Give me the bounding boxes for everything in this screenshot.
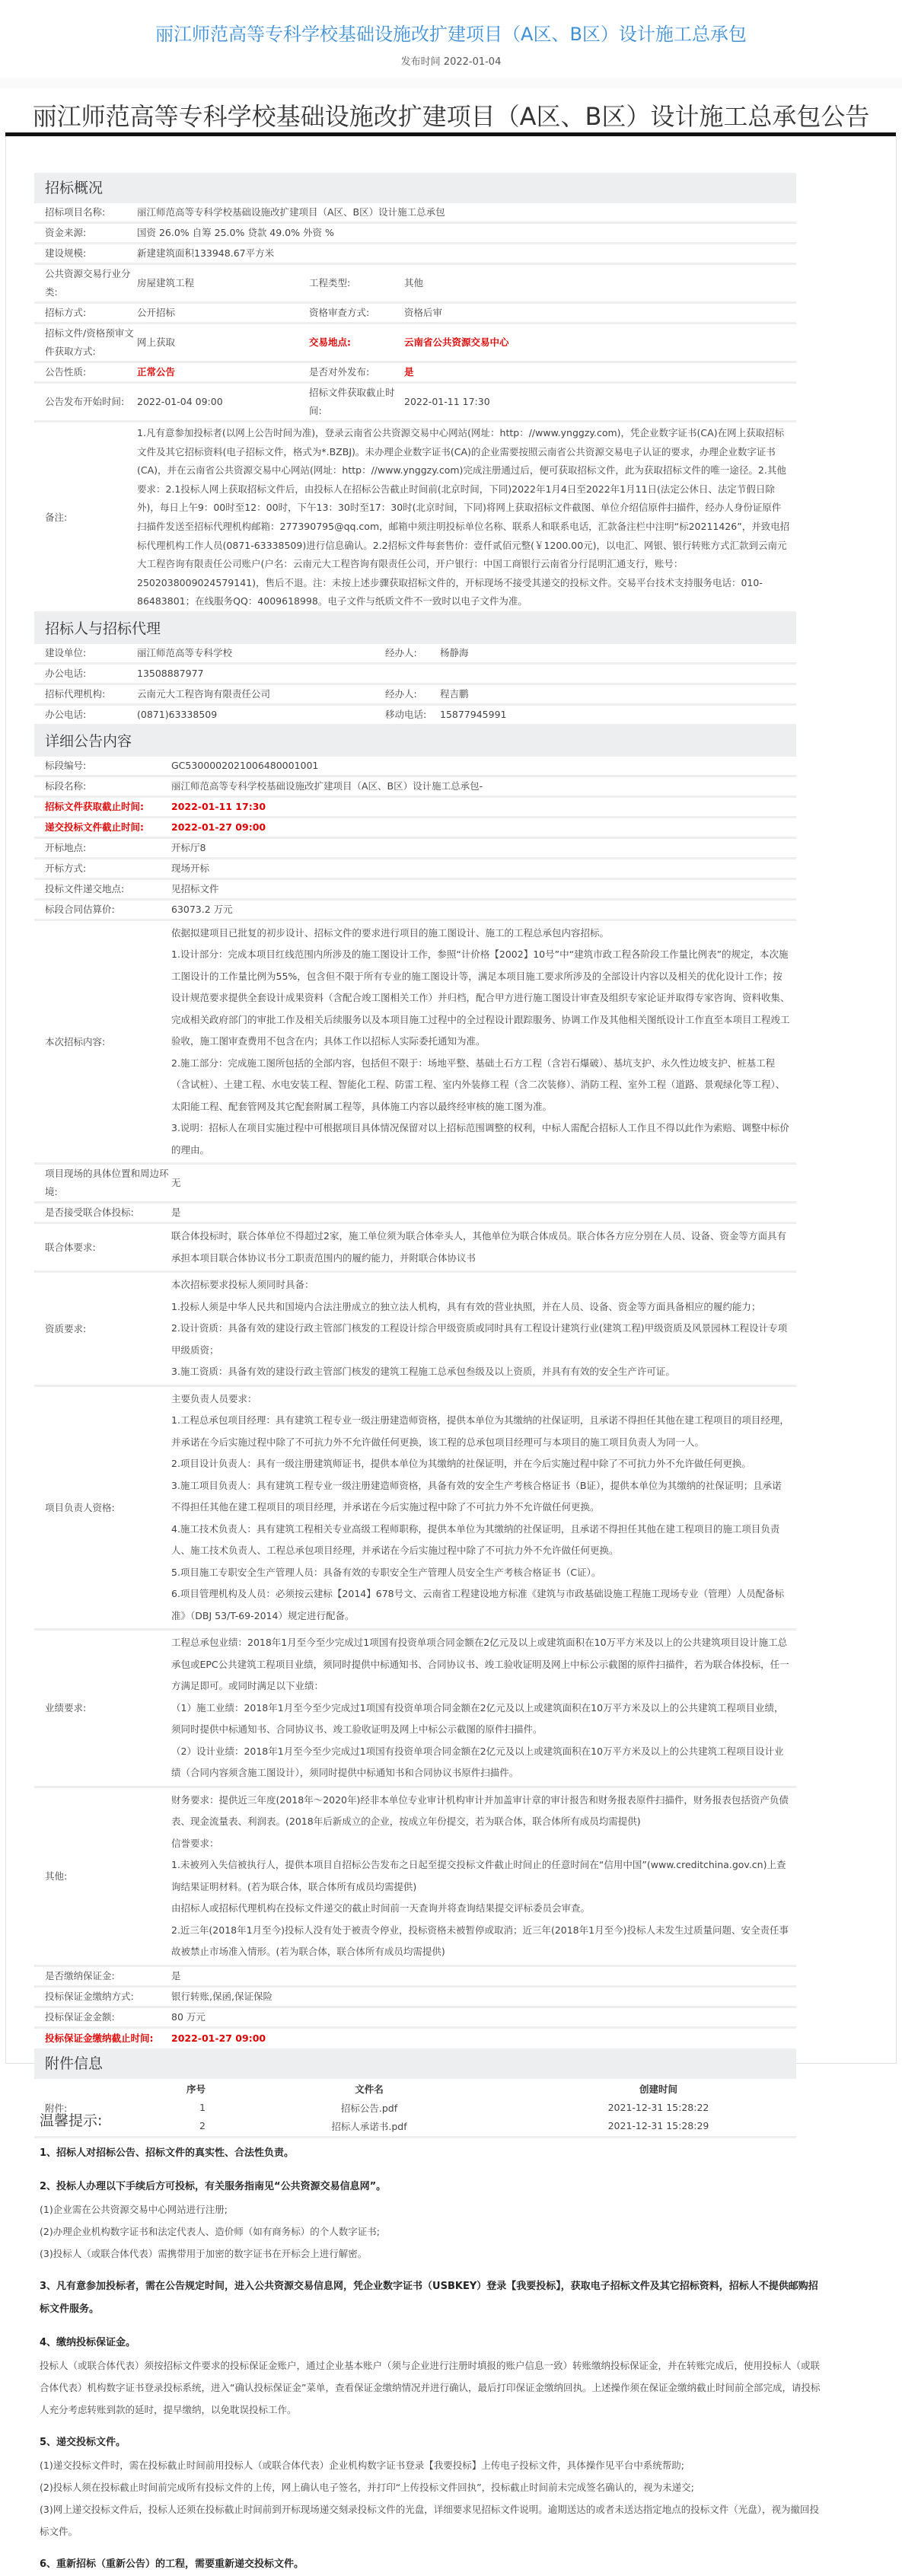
attachment-time: 2021-12-31 15:28:29 xyxy=(533,2120,784,2131)
row-qualification: 资质要求: 本次招标要求投标人须同时具备： 1.投标人须是中华人民共和国境内合法… xyxy=(34,1273,796,1387)
tip-4-body: 投标人（或联合体代表）须按招标文件要求的投标保证金账户，通过企业基本账户（须与企… xyxy=(40,2354,822,2421)
qual-para: 3.施工资质：具备有效的建设行政主管部门核发的建筑工程施工总承包叁级及以上资质，… xyxy=(171,1361,790,1383)
row-funding: 资金来源: 国资 26.0% 自筹 25.0% 贷款 49.0% 外资 % xyxy=(34,224,796,244)
other-label: 其他: xyxy=(34,1788,171,1965)
row-manager: 项目负责人资格: 主要负责人员要求： 1.工程总承包项目经理：具有建筑工程专业一… xyxy=(34,1387,796,1631)
doc-deadline-label: 招标文件获取截止时间: xyxy=(34,798,171,816)
owner-phone-value: 13508887977 xyxy=(137,665,796,683)
opening-place-value: 开标厅8 xyxy=(171,839,796,857)
attachments-divider xyxy=(34,2135,796,2138)
doc-obtain-value: 网上获取 xyxy=(137,333,309,352)
tip-5-item: (3)网上递交投标文件后，投标人还须在投标截止时间前到开标现场递交刻录投标文件的… xyxy=(40,2498,822,2543)
row-bid-deadline: 递交投标文件截止时间: 2022-01-27 09:00 xyxy=(34,818,796,839)
row-agency-phone: 办公电话: (0871)63338509 移动电话: 15877945991 xyxy=(34,706,796,726)
method-value: 公开招标 xyxy=(137,304,309,322)
nature-value: 正常公告 xyxy=(137,363,309,381)
content-para: 3.说明：招标人在项目实施过程中可根据项目具体情况保留对以上招标范围调整的权利，… xyxy=(171,1117,790,1161)
tips-section: 温馨提示: 1、招标人对招标公告、招标文件的真实性、合法性负责。 2、投标人办理… xyxy=(0,2064,822,2576)
row-performance: 业绩要求: 工程总承包业绩：2018年1月至今至少完成过1项国有投资单项合同金额… xyxy=(34,1631,796,1788)
tip-1: 1、招标人对招标公告、招标文件的真实性、合法性负责。 xyxy=(40,2142,822,2165)
tip-5-item: (2)投标人须在投标截止时间前完成所有投标文件的上传，网上确认电子签名，并打印“… xyxy=(40,2476,822,2498)
owner-contact-label: 经办人: xyxy=(385,644,440,662)
external-value: 是 xyxy=(404,363,796,381)
owner-contact-value: 杨静海 xyxy=(440,644,796,662)
performance-value: 工程总承包业绩：2018年1月至今至少完成过1项国有投资单项合同金额在2亿元及以… xyxy=(171,1631,796,1786)
row-deposit-required: 是否缴纳保证金: 是 xyxy=(34,1967,796,1988)
row-estimate: 标段合同估算价: 63073.2 万元 xyxy=(34,901,796,921)
funding-value: 国资 26.0% 自筹 25.0% 贷款 49.0% 外资 % xyxy=(137,224,796,242)
estimate-label: 标段合同估算价: xyxy=(34,901,171,919)
other-value: 财务要求：提供近三年度(2018年～2020年)经非本单位专业审计机构审计并加盖… xyxy=(171,1788,796,1965)
project-name-label: 招标项目名称: xyxy=(34,203,137,222)
agency-contact-value: 程吉鹏 xyxy=(440,685,796,703)
row-deposit-amount: 投标保证金金额: 80 万元 xyxy=(34,2008,796,2029)
content-value: 依据拟建项目已批复的初步设计、招标文件的要求进行项目的施工图设计、施工的工程总承… xyxy=(171,921,796,1163)
external-label: 是否对外发布: xyxy=(309,363,404,381)
remark-value: 1.凡有意参加投标者(以网上公告时间为准)，登录云南省公共资源交易中心网站(网址… xyxy=(137,422,796,611)
row-section-name: 标段名称: 丽江师范高等专科学校基础设施改扩建项目（A区、B区）设计施工总承包- xyxy=(34,777,796,798)
manager-value: 主要负责人员要求： 1.工程总承包项目经理：具有建筑工程专业一级注册建造师资格，… xyxy=(171,1387,796,1629)
manager-para: 6.项目管理机构及人员：必须按云建标【2014】678号文、云南省工程建设地方标… xyxy=(171,1583,790,1627)
agency-phone-label: 办公电话: xyxy=(34,706,137,724)
attachment-time: 2021-12-31 15:28:22 xyxy=(533,2102,784,2113)
tip-5-item: (1)递交投标文件时，需在投标截止时间前用投标人（或联合体代表）企业机构数字证书… xyxy=(40,2454,822,2476)
manager-para: 4.施工技术负责人：具有建筑工程相关专业高级工程师职称，提供本单位为其缴纳的社保… xyxy=(171,1519,790,1562)
agency-label: 招标代理机构: xyxy=(34,685,137,703)
site-value: 无 xyxy=(171,1174,796,1192)
row-nature: 公告性质: 正常公告 是否对外发布: 是 xyxy=(34,363,796,384)
consortium-req-label: 联合体要求: xyxy=(34,1224,171,1270)
agency-contact-label: 经办人: xyxy=(385,685,440,703)
other-para: 由招标人或招标代理机构在投标文件递交的截止时间前一天查询并将查询结果提交评标委员… xyxy=(171,1898,790,1920)
tip-2: 2、投标人办理以下手续后方可投标，有关服务指南见“公共资源交易信息网”。 xyxy=(40,2176,822,2198)
tip-2-item: (1)企业需在公共资源交易中心网站进行注册; xyxy=(40,2198,822,2221)
manager-para: 5.项目施工专职安全生产管理人员：具备有效的专职安全生产管理人员安全生产考核合格… xyxy=(171,1562,790,1584)
owner-label: 建设单位: xyxy=(34,644,137,662)
method-label: 招标方式: xyxy=(34,304,137,322)
row-submit-place: 投标文件递交地点: 见招标文件 xyxy=(34,880,796,901)
row-opening-method: 开标方式: 现场开标 xyxy=(34,859,796,880)
manager-para: 主要负责人员要求： xyxy=(171,1388,790,1411)
manager-para: 2.项目设计负责人：具有一级注册建筑师证书，提供本单位为其缴纳的社保证明，并在今… xyxy=(171,1453,790,1475)
row-remark: 备注: 1.凡有意参加投标者(以网上公告时间为准)，登录云南省公共资源交易中心网… xyxy=(34,422,796,614)
row-section-code: 标段编号: GC5300002021006480001001 xyxy=(34,757,796,777)
start-value: 2022-01-04 09:00 xyxy=(137,393,309,411)
doc-deadline-value: 2022-01-11 17:30 xyxy=(404,393,796,411)
site-label: 项目现场的具体位置和周边环境: xyxy=(34,1165,171,1201)
project-name-value: 丽江师范高等专科学校基础设施改扩建项目（A区、B区）设计施工总承包 xyxy=(137,203,796,222)
funding-label: 资金来源: xyxy=(34,224,137,242)
row-start: 公告发布开始时间: 2022-01-04 09:00 招标文件获取截止时间: 2… xyxy=(34,384,796,422)
opening-place-label: 开标地点: xyxy=(34,839,171,857)
industry-value: 房屋建筑工程 xyxy=(137,274,309,292)
deposit-method-value: 银行转账,保函,保证保险 xyxy=(171,1988,796,2006)
opening-method-value: 现场开标 xyxy=(171,859,796,878)
performance-label: 业绩要求: xyxy=(34,1631,171,1786)
content-para: 依据拟建项目已批复的初步设计、招标文件的要求进行项目的施工图设计、施工的工程总承… xyxy=(171,923,790,945)
col-filename: 文件名 xyxy=(206,2082,533,2096)
qual-para: 2.设计资质：具备有效的建设行政主管部门核发的工程设计综合甲级资质或同时具有工程… xyxy=(171,1318,790,1361)
agency-mobile-label: 移动电话: xyxy=(385,706,440,724)
row-site: 项目现场的具体位置和周边环境: 无 xyxy=(34,1165,796,1204)
row-other: 其他: 财务要求：提供近三年度(2018年～2020年)经非本单位专业审计机构审… xyxy=(34,1788,796,1967)
publish-label: 发布时间 xyxy=(401,56,441,68)
announcement-container: 招标概况 招标项目名称: 丽江师范高等专科学校基础设施改扩建项目（A区、B区）设… xyxy=(5,136,897,2064)
site-header: 丽江师范高等专科学校基础设施改扩建项目（A区、B区）设计施工总承包 发布时间 2… xyxy=(0,0,902,88)
manager-para: 1.工程总承包项目经理：具有建筑工程专业一级注册建造师资格，提供本单位为其缴纳的… xyxy=(171,1410,790,1453)
venue-value: 云南省公共资源交易中心 xyxy=(404,333,796,352)
col-created: 创建时间 xyxy=(533,2082,784,2096)
page-title: 丽江师范高等专科学校基础设施改扩建项目（A区、B区）设计施工总承包公告 xyxy=(0,88,902,132)
qualification-label: 资质要求: xyxy=(34,1273,171,1385)
publish-date: 发布时间 2022-01-04 xyxy=(0,53,902,69)
deposit-deadline-value: 2022-01-27 09:00 xyxy=(171,2029,796,2048)
deposit-deadline-label: 投标保证金缴纳截止时间: xyxy=(34,2029,171,2048)
other-para: 1.未被列入失信被执行人，提供本项目自招标公告发布之日起至提交投标文件截止时间止… xyxy=(171,1854,790,1898)
agency-value: 云南元大工程咨询有限责任公司 xyxy=(137,685,385,703)
tip-4: 4、缴纳投标保证金。 xyxy=(40,2332,822,2354)
scale-value: 新建建筑面积133948.67平方米 xyxy=(137,244,796,263)
attachment-row: 附件: 1 招标公告.pdf 2021-12-31 15:28:22 xyxy=(34,2099,796,2117)
attachment-file-link[interactable]: 招标人承诺书.pdf xyxy=(206,2119,533,2133)
section-code-value: GC5300002021006480001001 xyxy=(171,757,796,775)
consortium-value: 是 xyxy=(171,1204,796,1222)
perf-para: 工程总承包业绩：2018年1月至今至少完成过1项国有投资单项合同金额在2亿元及以… xyxy=(171,1632,790,1698)
bid-deadline-label: 递交投标文件截止时间: xyxy=(34,818,171,837)
row-scale: 建设规模: 新建建筑面积133948.67平方米 xyxy=(34,244,796,265)
row-doc-deadline: 招标文件获取截止时间: 2022-01-11 17:30 xyxy=(34,798,796,818)
content-label: 本次招标内容: xyxy=(34,921,171,1163)
other-para: 财务要求：提供近三年度(2018年～2020年)经非本单位专业审计机构审计并加盖… xyxy=(171,1790,790,1833)
section-attachments-heading: 附件信息 xyxy=(34,2048,796,2079)
deposit-amount-label: 投标保证金金额: xyxy=(34,2008,171,2026)
consortium-req-value: 联合体投标时，联合体单位不得超过2家，施工单位须为联合体牵头人，其他单位为联合体… xyxy=(171,1224,796,1270)
row-consortium: 是否接受联合体投标: 是 xyxy=(34,1204,796,1224)
qualification-value: 本次招标要求投标人须同时具备： 1.投标人须是中华人民共和国境内合法注册成立的独… xyxy=(171,1273,796,1385)
tip-6: 6、重新招标（重新公告）的工程，需要重新递交投标文件。 xyxy=(40,2553,822,2576)
deposit-required-label: 是否缴纳保证金: xyxy=(34,1967,171,1985)
deposit-amount-value: 80 万元 xyxy=(171,2008,796,2026)
estimate-value: 63073.2 万元 xyxy=(171,901,796,919)
industry-label: 公共资源交易行业分类: xyxy=(34,265,137,301)
attachment-no: 2 xyxy=(137,2120,206,2131)
agency-mobile-value: 15877945991 xyxy=(440,706,796,724)
row-deposit-method: 投标保证金缴纳方式: 银行转账,保函,保证保险 xyxy=(34,1988,796,2008)
owner-phone-label: 办公电话: xyxy=(34,665,137,683)
other-para: 2.近三年(2018年1月至今)投标人没有处于被责令停业，投标资格未被暂停或取消… xyxy=(171,1920,790,1963)
perf-para: （2）设计业绩：2018年1月至今至少完成过1项国有投资单项合同金额在2亿元及以… xyxy=(171,1741,790,1784)
attachments-label: 附件: xyxy=(34,2101,137,2115)
row-industry: 公共资源交易行业分类: 房屋建筑工程 工程类型: 其他 xyxy=(34,265,796,304)
qual-review-value: 资格后审 xyxy=(404,304,796,322)
consortium-label: 是否接受联合体投标: xyxy=(34,1204,171,1222)
qual-review-label: 资格审查方式: xyxy=(309,304,404,322)
attachments-header-row: 序号 文件名 创建时间 xyxy=(34,2079,796,2099)
deposit-method-label: 投标保证金缴纳方式: xyxy=(34,1988,171,2006)
other-para: 信誉要求： xyxy=(171,1833,790,1855)
qual-para: 1.投标人须是中华人民共和国境内合法注册成立的独立法人机构，具有有效的营业执照，… xyxy=(171,1296,790,1318)
doc-deadline-label: 招标文件获取截止时间: xyxy=(309,384,404,420)
manager-label: 项目负责人资格: xyxy=(34,1387,171,1629)
submit-place-label: 投标文件递交地点: xyxy=(34,880,171,898)
tip-2-item: (3)投标人（或联合体代表）需携带用于加密的数字证书在开标会上进行解密。 xyxy=(40,2243,822,2265)
row-doc-obtain: 招标文件/资格预审文件获取方式: 网上获取 交易地点: 云南省公共资源交易中心 xyxy=(34,324,796,363)
remark-label: 备注: xyxy=(34,422,137,611)
tip-3: 3、凡有意参加投标者，需在公告规定时间，进入公共资源交易信息网，凭企业数字证书（… xyxy=(40,2275,822,2321)
section-detail-heading: 详细公告内容 xyxy=(34,726,796,757)
manager-para: 3.施工项目负责人：具有建筑工程专业一级注册建造师资格，具备有效的安全生产考核合… xyxy=(171,1475,790,1519)
section-parties-heading: 招标人与招标代理 xyxy=(34,614,796,644)
header-band xyxy=(0,78,902,88)
col-no: 序号 xyxy=(137,2082,206,2096)
agency-phone-value: (0871)63338509 xyxy=(137,706,385,724)
section-overview-heading: 招标概况 xyxy=(34,173,796,203)
venue-label: 交易地点: xyxy=(309,333,404,352)
row-method: 招标方式: 公开招标 资格审查方式: 资格后审 xyxy=(34,304,796,324)
row-owner: 建设单位: 丽江师范高等专科学校 经办人: 杨静海 xyxy=(34,644,796,665)
attachment-file-link[interactable]: 招标公告.pdf xyxy=(206,2101,533,2115)
row-consortium-req: 联合体要求: 联合体投标时，联合体单位不得超过2家，施工单位须为联合体牵头人，其… xyxy=(34,1224,796,1273)
row-opening-place: 开标地点: 开标厅8 xyxy=(34,839,796,859)
tip-5: 5、递交投标文件。 xyxy=(40,2431,822,2454)
section-name-label: 标段名称: xyxy=(34,777,171,795)
perf-para: （1）施工业绩：2018年1月至今至少完成过1项国有投资单项合同金额在2亿元及以… xyxy=(171,1698,790,1741)
row-project-name: 招标项目名称: 丽江师范高等专科学校基础设施改扩建项目（A区、B区）设计施工总承… xyxy=(34,203,796,224)
section-name-value: 丽江师范高等专科学校基础设施改扩建项目（A区、B区）设计施工总承包- xyxy=(171,777,796,795)
bid-deadline-value: 2022-01-27 09:00 xyxy=(171,818,796,837)
owner-value: 丽江师范高等专科学校 xyxy=(137,644,385,662)
project-type-label: 工程类型: xyxy=(309,274,404,292)
attachment-no: 1 xyxy=(137,2102,206,2113)
content-para: 1.设计部分：完成本项目红线范围内所涉及的施工图设计工作，参照“计价格【2002… xyxy=(171,944,790,1053)
deposit-required-value: 是 xyxy=(171,1967,796,1985)
project-type-value: 其他 xyxy=(404,274,796,292)
row-deposit-deadline: 投标保证金缴纳截止时间: 2022-01-27 09:00 xyxy=(34,2029,796,2048)
row-content: 本次招标内容: 依据拟建项目已批复的初步设计、招标文件的要求进行项目的施工图设计… xyxy=(34,921,796,1165)
attachment-row: 2 招标人承诺书.pdf 2021-12-31 15:28:29 xyxy=(34,2117,796,2135)
scale-label: 建设规模: xyxy=(34,244,137,263)
doc-obtain-label: 招标文件/资格预审文件获取方式: xyxy=(34,324,137,361)
doc-deadline-value: 2022-01-11 17:30 xyxy=(171,798,796,816)
row-agency: 招标代理机构: 云南元大工程咨询有限责任公司 经办人: 程吉鹏 xyxy=(34,685,796,706)
tip-2-item: (2)办理企业机构数字证书和法定代表人、造价师（如有商务标）的个人数字证书; xyxy=(40,2221,822,2243)
start-label: 公告发布开始时间: xyxy=(34,393,137,411)
site-title: 丽江师范高等专科学校基础设施改扩建项目（A区、B区）设计施工总承包 xyxy=(0,0,902,47)
row-owner-phone: 办公电话: 13508887977 xyxy=(34,665,796,685)
content-para: 2.施工部分：完成施工图所包括的全部内容，包括但不限于：场地平整、基础土石方工程… xyxy=(171,1053,790,1118)
section-code-label: 标段编号: xyxy=(34,757,171,775)
qual-para: 本次招标要求投标人须同时具备： xyxy=(171,1274,790,1296)
submit-place-value: 见招标文件 xyxy=(171,880,796,898)
opening-method-label: 开标方式: xyxy=(34,859,171,878)
publish-date-value: 2022-01-04 xyxy=(444,56,502,68)
nature-label: 公告性质: xyxy=(34,363,137,381)
